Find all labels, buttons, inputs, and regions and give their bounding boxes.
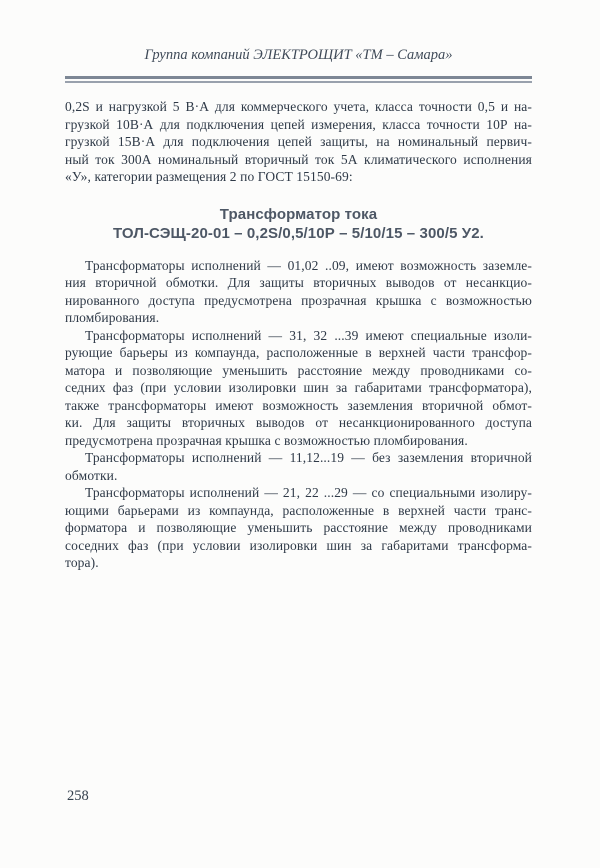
text-line: ющими барьерами из компаунда, расположен… [65,502,532,520]
text-line: нированного доступа предусмотрена прозра… [65,292,532,310]
text-line: седних фаз (при условии изолировки шин з… [65,379,532,397]
text-line: ки. Для защиты вторичных выводов от неса… [65,414,532,432]
paragraph: Трансформаторы исполнений — 11,12...19 —… [65,449,532,484]
running-header: Группа компаний ЭЛЕКТРОЩИТ «ТМ – Самара» [65,0,532,64]
heading-line-2: ТОЛ-СЭЩ-20-01 – 0,2S/0,5/10Р – 5/10/15 –… [65,224,532,244]
page-number: 258 [67,788,89,805]
paragraph: 0,2S и нагрузкой 5 В·А для коммерческого… [65,98,532,186]
text-line: предусмотрена прозрачная крышка с возмож… [65,432,532,450]
text-line: Трансформаторы исполнений — 31, 32 ...39… [65,327,532,345]
paragraph: Трансформаторы исполнений — 21, 22 ...29… [65,484,532,572]
section-heading: Трансформатор тока ТОЛ-СЭЩ-20-01 – 0,2S/… [65,205,532,244]
body-paragraphs: Трансформаторы исполнений — 01,02 ..09, … [65,257,532,572]
paragraph: Трансформаторы исполнений — 31, 32 ...39… [65,327,532,450]
text-line: Трансформаторы исполнений — 01,02 ..09, … [65,257,532,275]
text-line: ный ток 300А номинальный вторичный ток 5… [65,151,532,169]
text-line: форматора и позволяющие уменьшить рассто… [65,519,532,537]
text-line: матора и позволяющие уменьшить расстояни… [65,362,532,380]
text-line: Трансформаторы исполнений — 21, 22 ...29… [65,484,532,502]
scanned-page: Группа компаний ЭЛЕКТРОЩИТ «ТМ – Самара»… [0,0,600,868]
text-line: рующие барьеры из компаунда, расположенн… [65,344,532,362]
text-line: грузкой 10В·А для подключения цепей изме… [65,116,532,134]
text-line: обмотки. [65,467,532,485]
text-line: грузкой 15В·А для подключения цепей защи… [65,133,532,151]
text-line: также трансформаторы имеют возможность з… [65,397,532,415]
paragraph: Трансформаторы исполнений — 01,02 ..09, … [65,257,532,327]
header-double-rule [65,76,532,83]
intro-paragraphs: 0,2S и нагрузкой 5 В·А для коммерческого… [65,98,532,186]
heading-line-1: Трансформатор тока [65,205,532,225]
text-line: «У», категории размещения 2 по ГОСТ 1515… [65,168,532,186]
text-line: соседних фаз (при условии изолировки шин… [65,537,532,555]
text-line: ния вторичной обмотки. Для защиты вторич… [65,274,532,292]
text-line: Трансформаторы исполнений — 11,12...19 —… [65,449,532,467]
page-content: Группа компаний ЭЛЕКТРОЩИТ «ТМ – Самара»… [65,0,532,572]
text-line: 0,2S и нагрузкой 5 В·А для коммерческого… [65,98,532,116]
text-line: пломбирования. [65,309,532,327]
text-line: тора). [65,554,532,572]
